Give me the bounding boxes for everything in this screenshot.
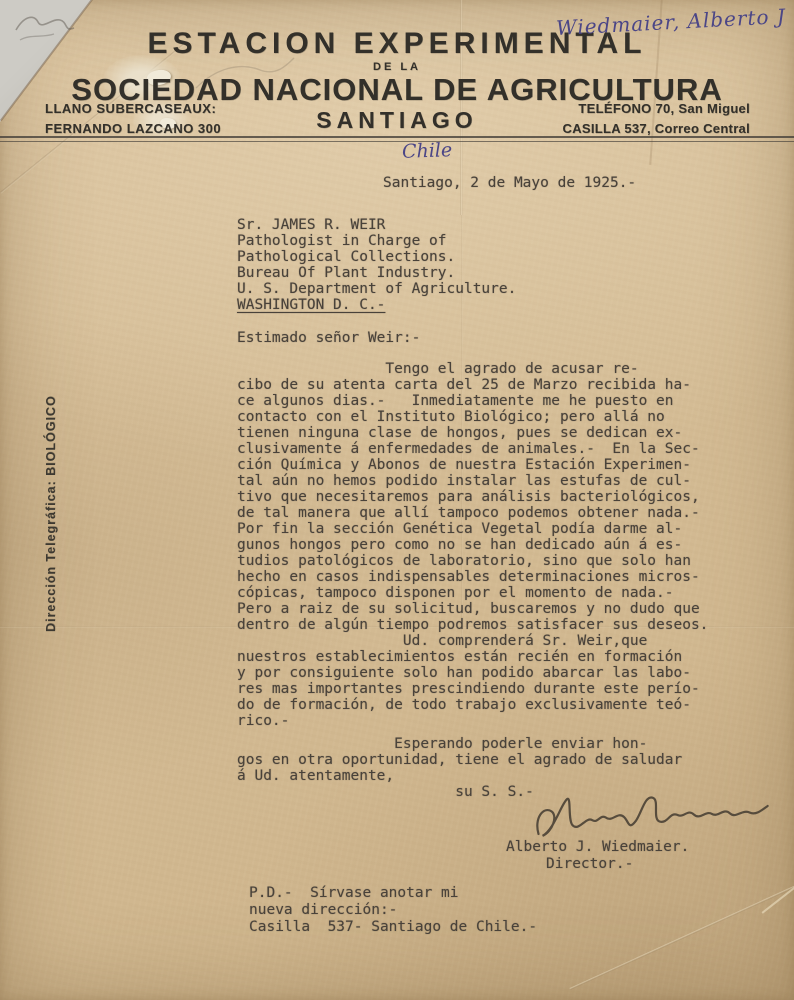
letterhead-rule-bottom bbox=[0, 141, 794, 142]
salutation: Estimado señor Weir:- bbox=[237, 330, 420, 346]
scanned-letter-page: ESTACION EXPERIMENTAL DE LA SOCIEDAD NAC… bbox=[0, 0, 794, 1000]
postscript: P.D.- Sírvase anotar mi nueva dirección:… bbox=[249, 885, 537, 936]
dateline: Santiago, 2 de Mayo de 1925.- bbox=[383, 175, 636, 191]
telegraph-address-vertical: Dirección Telegráfica: BIOLÓGICO bbox=[44, 392, 64, 632]
recipient-city: WASHINGTON D. C.- bbox=[237, 297, 385, 313]
signer-typed-name: Alberto J. Wiedmaier. bbox=[506, 839, 689, 855]
letterhead-contact: TELÉFONO 70, San Miguel CASILLA 537, Cor… bbox=[563, 99, 751, 139]
signer-title: Director.- bbox=[546, 856, 633, 872]
handwritten-country: Chile bbox=[402, 139, 453, 163]
letterhead-rule-top bbox=[0, 136, 794, 138]
letter-body: Tengo el agrado de acusar re- cibo de su… bbox=[237, 361, 708, 729]
recipient-address-block: Sr. JAMES R. WEIR Pathologist in Charge … bbox=[237, 217, 516, 297]
diagonal-crease-bottom-right bbox=[570, 885, 794, 990]
phone-line: TELÉFONO 70, San Miguel bbox=[563, 99, 751, 119]
